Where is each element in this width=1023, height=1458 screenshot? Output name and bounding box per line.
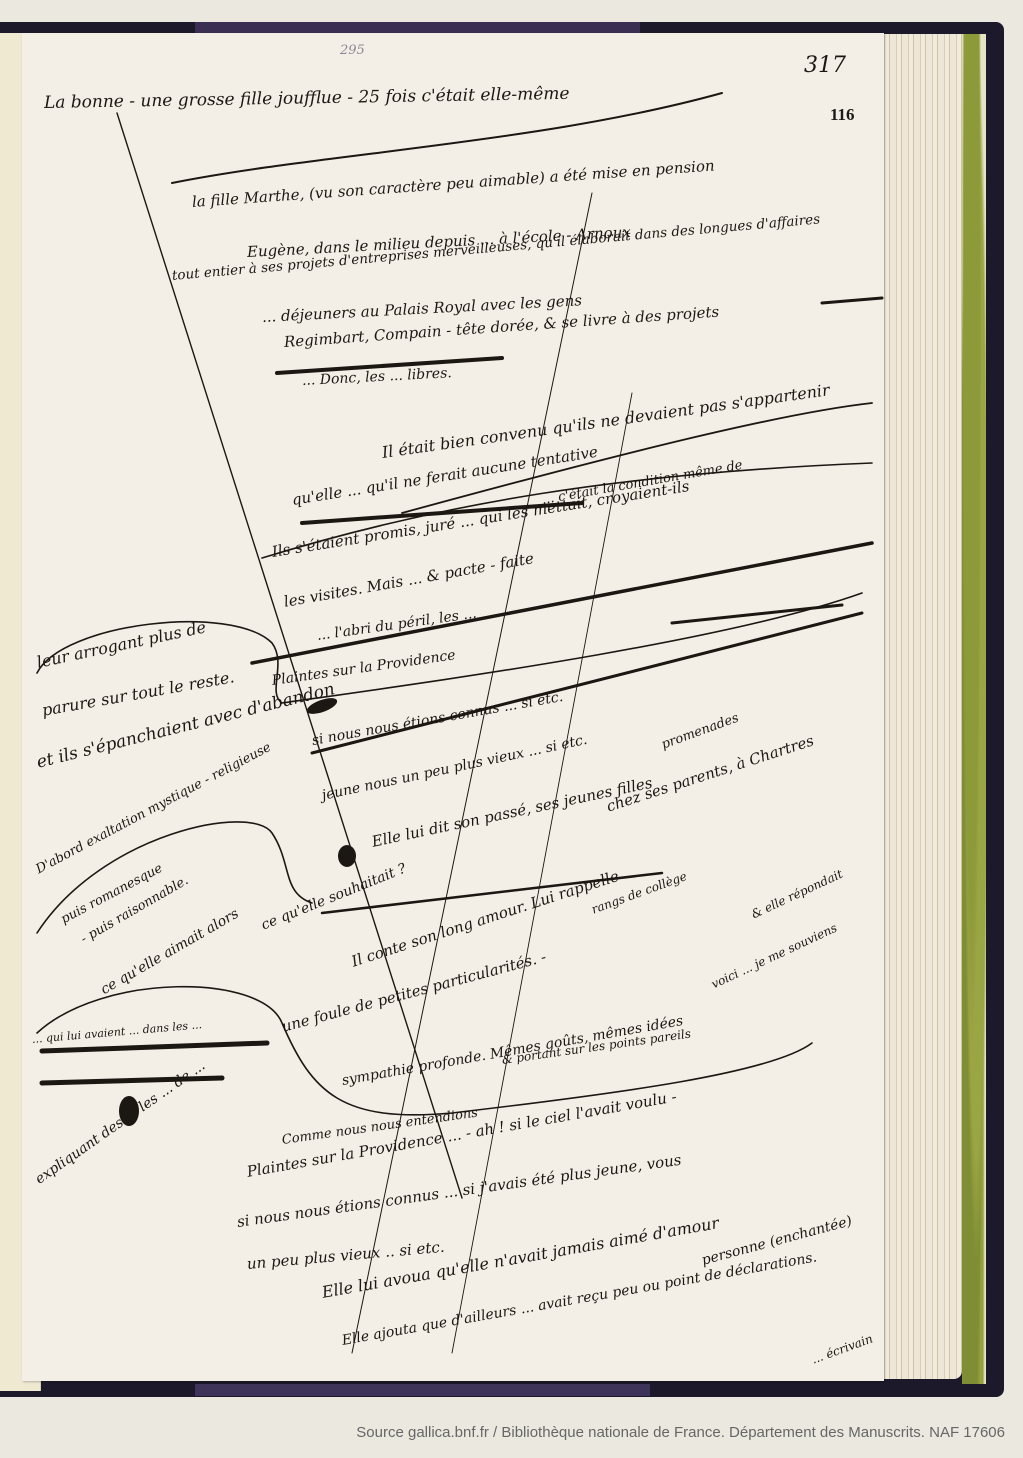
line-12: ... l'abri du péril, les ... xyxy=(316,606,478,644)
line-11: les visites. Mais ... & pacte - faite xyxy=(282,549,535,611)
line-40: Elle ajouta que d'ailleurs ... avait reç… xyxy=(341,1249,819,1348)
line-41: ... écrivain xyxy=(810,1331,875,1366)
line-31: voici ... je me souviens xyxy=(709,921,839,992)
line-19: promenades xyxy=(659,711,740,753)
folio-printed: 116 xyxy=(830,105,855,125)
pencil-number: 295 xyxy=(340,43,365,58)
manuscript-page: 295 317 116 La bonne - une grosse fille … xyxy=(22,33,884,1381)
page-edges xyxy=(878,34,962,1379)
line-26: ce qu'elle souhaitait ? xyxy=(259,861,409,934)
line-6: ... Donc, les ... libres. xyxy=(302,365,453,389)
line-7: Il était bien convenu qu'ils ne devaient… xyxy=(381,380,831,462)
line-18: jeune nous un peu plus vieux ... si etc. xyxy=(320,732,588,804)
line-1: la fille Marthe, (vu son caractère peu a… xyxy=(191,156,715,210)
binding-band-bottom xyxy=(195,1384,650,1396)
margin-note-4: expliquant des ... les ... de ... xyxy=(32,1058,208,1188)
header-line: La bonne - une grosse fille joufflue - 2… xyxy=(44,84,570,113)
line-15: Plaintes sur la Providence xyxy=(271,647,457,689)
line-29: & elle répondait xyxy=(749,867,845,922)
marbled-endpaper xyxy=(962,34,986,1384)
line-20: chez ses parents, à Chartres xyxy=(604,731,816,815)
folio-handwritten: 317 xyxy=(804,53,846,78)
source-caption: Source gallica.bnf.fr / Bibliothèque nat… xyxy=(356,1424,1005,1441)
margin-line-13: leur arrogant plus de xyxy=(35,617,208,671)
line-17: si nous nous étions connus ... si etc. xyxy=(311,689,565,749)
margin-note-3: ... qui lui avaient ... dans les ... xyxy=(31,1018,202,1046)
line-30: une foule de petites particularités. - xyxy=(280,948,548,1036)
